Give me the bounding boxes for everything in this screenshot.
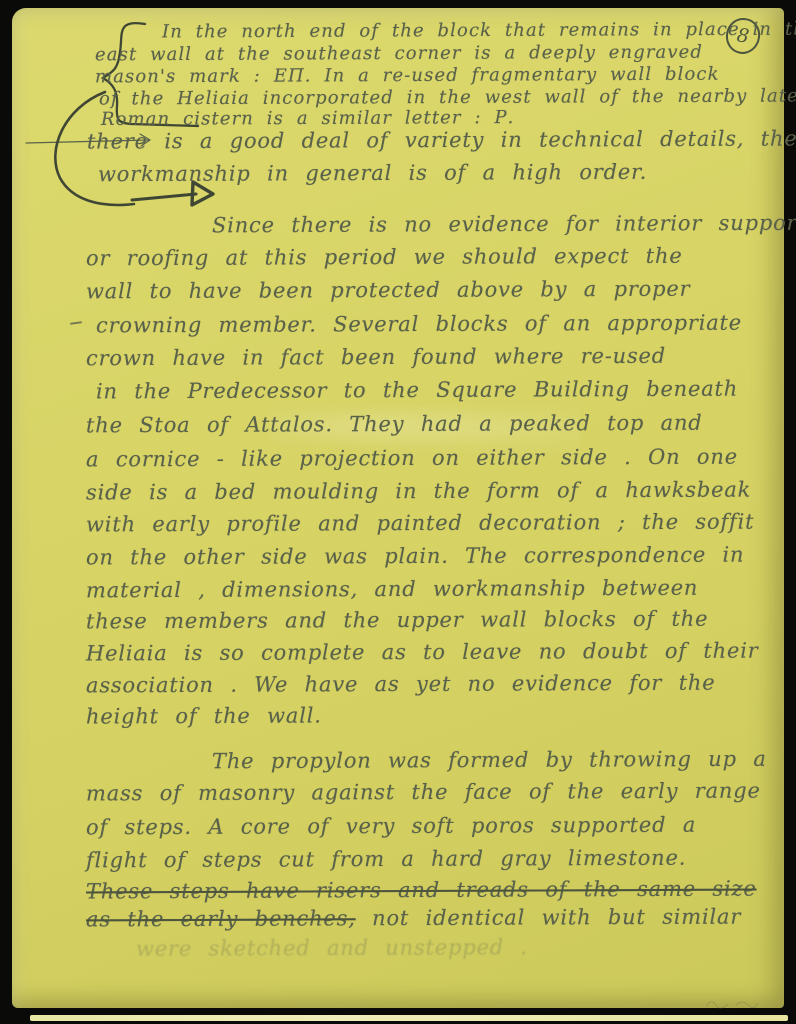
manuscript-line: in the Predecessor to the Square Buildin… <box>96 377 738 404</box>
manuscript-line: of steps. A core of very soft poros supp… <box>86 813 696 840</box>
paper-bottom-edge <box>30 1015 788 1021</box>
manuscript-line: of the Heliaia incorporated in the west … <box>99 85 796 109</box>
manuscript-line-mixed: as the early benches, not identical with… <box>86 905 741 932</box>
manuscript-line: The propylon was formed by throwing up a <box>212 747 767 773</box>
struck-text: as the early benches, <box>86 906 356 931</box>
manuscript-page: 8 In the north end of the block that rem… <box>12 8 784 1008</box>
manuscript-line: workmanship in general is of a high orde… <box>98 160 647 186</box>
manuscript-line: or roofing at this period we should expe… <box>86 244 683 271</box>
manuscript-line: Since there is no evidence for interior … <box>212 211 796 238</box>
manuscript-line: In the north end of the block that remai… <box>162 19 796 43</box>
manuscript-line: flight of steps cut from a hard gray lim… <box>86 846 686 873</box>
manuscript-line: the Stoa of Attalos. They had a peaked t… <box>86 411 703 438</box>
manuscript-line: a cornice - like projection on either si… <box>86 445 738 472</box>
manuscript-line: mason's mark : ΕΠ. In a re-used fragment… <box>95 64 720 88</box>
manuscript-line: there is a good deal of variety in techn… <box>87 126 796 153</box>
struck-text: These steps have risers and treads of th… <box>86 877 757 904</box>
manuscript-line: crowning member. Several blocks of an ap… <box>96 311 742 338</box>
manuscript-line: Heliaia is so complete as to leave no do… <box>86 639 759 666</box>
bold-arrow-shaft-icon <box>132 194 196 200</box>
manuscript-line: association . We have as yet no evidence… <box>86 671 716 698</box>
manuscript-line: on the other side was plain. The corresp… <box>86 543 744 570</box>
corner-scribble <box>702 996 762 1010</box>
revision-text: not identical with but similar <box>356 905 742 931</box>
manuscript-line: side is a bed moulding in the form of a … <box>86 478 751 505</box>
manuscript-line: wall to have been protected above by a p… <box>86 277 691 304</box>
margin-tick <box>70 321 82 325</box>
manuscript-line: these members and the upper wall blocks … <box>86 607 708 634</box>
manuscript-line: height of the wall. <box>86 703 322 728</box>
manuscript-line: Roman cistern is a similar letter : Ρ. <box>101 107 515 130</box>
erased-line: were sketched and unstepped . <box>136 935 528 961</box>
manuscript-line: crown have in fact been found where re-u… <box>86 344 666 371</box>
manuscript-line-struck: These steps have risers and treads of th… <box>86 877 757 904</box>
manuscript-line: with early profile and painted decoratio… <box>86 510 754 537</box>
manuscript-line: east wall at the southeast corner is a d… <box>95 42 703 66</box>
manuscript-line: material , dimensions, and workmanship b… <box>86 576 698 603</box>
manuscript-line: mass of masonry against the face of the … <box>86 779 761 806</box>
